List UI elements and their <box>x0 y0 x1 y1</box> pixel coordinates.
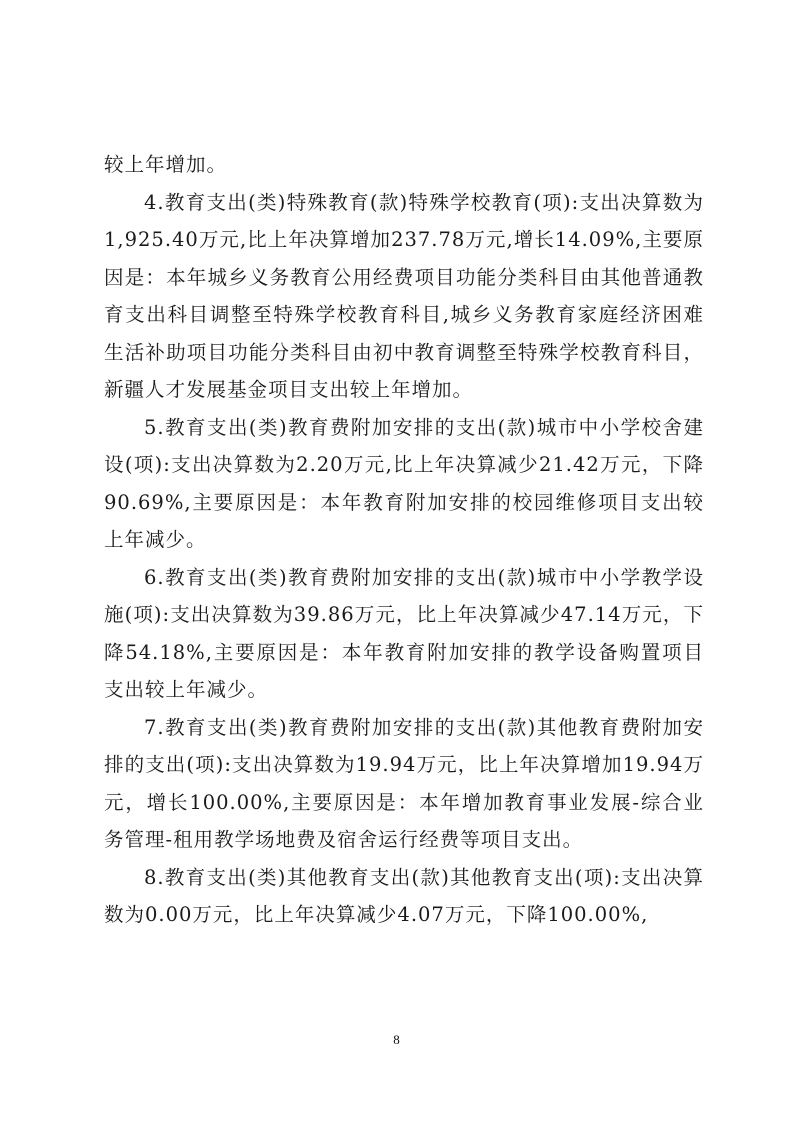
page-number: 8 <box>0 1032 793 1048</box>
paragraph-item-5: 5.教育支出(类)教育费附加安排的支出(款)城市中小学校舍建设(项):支出决算数… <box>104 409 704 559</box>
paragraph-item-7: 7.教育支出(类)教育费附加安排的支出(款)其他教育费附加安排的支出(项):支出… <box>104 709 704 859</box>
paragraph-item-8: 8.教育支出(类)其他教育支出(款)其他教育支出(项):支出决算数为0.00万元… <box>104 859 704 934</box>
body-text: 较上年增加。 4.教育支出(类)特殊教育(款)特殊学校教育(项):支出决算数为1… <box>104 146 704 934</box>
document-page: 较上年增加。 4.教育支出(类)特殊教育(款)特殊学校教育(项):支出决算数为1… <box>0 0 793 1122</box>
paragraph-continuation: 较上年增加。 <box>104 146 704 184</box>
paragraph-item-4: 4.教育支出(类)特殊教育(款)特殊学校教育(项):支出决算数为1,925.40… <box>104 184 704 409</box>
paragraph-item-6: 6.教育支出(类)教育费附加安排的支出(款)城市中小学教学设施(项):支出决算数… <box>104 559 704 709</box>
